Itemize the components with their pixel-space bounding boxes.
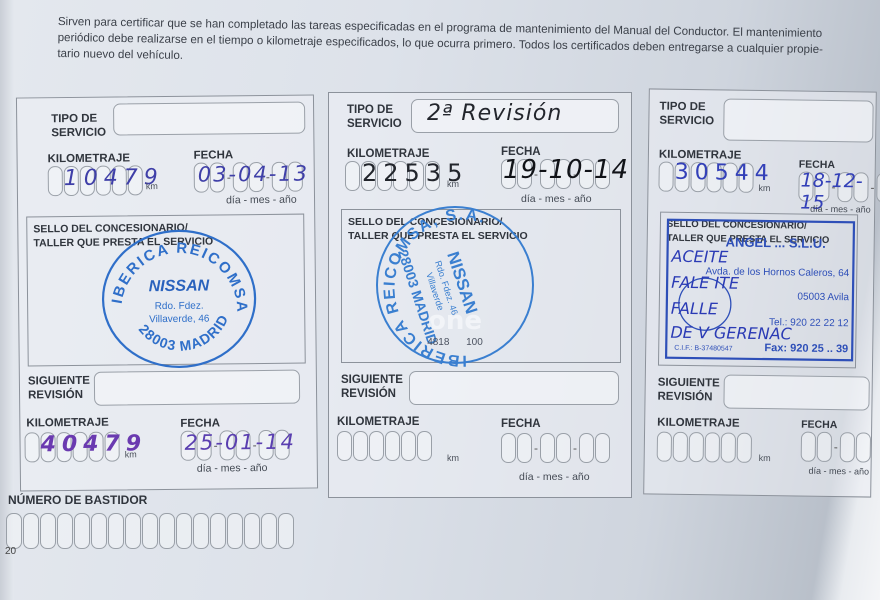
next-fecha-field[interactable]: - xyxy=(801,432,871,463)
siguiente-revision-label: SIGUIENTE REVISIÓN xyxy=(28,374,90,403)
next-kilometraje-field[interactable] xyxy=(657,432,752,463)
bastidor-digit-box[interactable] xyxy=(278,513,294,549)
date-format-label: día - mes - año xyxy=(808,466,869,477)
km-unit: km xyxy=(447,179,459,189)
date-format-label: día - mes - año xyxy=(197,462,268,475)
bastidor-digit-box[interactable] xyxy=(159,513,175,549)
bastidor-digit-box[interactable] xyxy=(57,513,73,549)
bastidor-digit-box[interactable] xyxy=(74,513,90,549)
next-kilometraje-label: KILOMETRAJE xyxy=(26,416,109,431)
date-format-label: día - mes - año xyxy=(521,193,592,205)
watermark: one xyxy=(428,306,482,336)
fecha-label: FECHA xyxy=(193,148,233,162)
bastidor-digit-box[interactable] xyxy=(125,513,141,549)
intro-text: Sirven para certificar que se han comple… xyxy=(57,14,878,75)
bastidor-digit-box[interactable] xyxy=(23,513,39,549)
tipo-servicio-label: TIPO DE SERVICIO xyxy=(51,112,106,141)
date-format-label: día - mes - año xyxy=(519,471,590,483)
dealer-stamp-nissan: IBERICA REICOMSA, S.A. NISSAN Rdo. Fdez.… xyxy=(375,205,535,365)
next-fecha-label: FECHA xyxy=(180,416,220,430)
siguiente-revision-field[interactable] xyxy=(723,375,869,411)
svg-text:Rdo. Fdez.: Rdo. Fdez. xyxy=(155,301,204,313)
fecha-value: 03-04-13 xyxy=(198,162,310,187)
svg-text:FALLE: FALLE xyxy=(671,299,719,319)
bastidor-label: NÚMERO DE BASTIDOR xyxy=(8,493,147,507)
page-edge-shadow xyxy=(0,0,14,600)
tipo-servicio-field[interactable] xyxy=(113,102,305,136)
km-unit: km xyxy=(758,183,770,193)
km-unit: km xyxy=(759,453,771,463)
bastidor-digit-box[interactable] xyxy=(6,513,22,549)
svg-text:NISSAN: NISSAN xyxy=(149,278,210,296)
svg-text:C.I.F.: B-37480547: C.I.F.: B-37480547 xyxy=(674,345,733,353)
km-unit: km xyxy=(146,181,158,191)
next-fecha-field[interactable]: -- xyxy=(501,433,610,463)
dealer-stamp-workshop: ANGEL ... S.L.U. Avda. de los Hornos Cal… xyxy=(664,218,858,363)
service-card-1: TIPO DE SERVICIO KILOMETRAJE 10479 km FE… xyxy=(16,94,318,491)
kilometraje-label: KILOMETRAJE xyxy=(48,151,131,166)
km-unit: km xyxy=(125,449,137,459)
next-kilometraje-label: KILOMETRAJE xyxy=(337,415,419,429)
bastidor-digit-box[interactable] xyxy=(176,513,192,549)
next-kilometraje-field[interactable] xyxy=(337,431,432,461)
tipo-servicio-field[interactable] xyxy=(723,98,874,142)
bastidor-field[interactable] xyxy=(6,513,294,549)
km-unit: km xyxy=(447,453,459,463)
bastidor-digit-box[interactable] xyxy=(193,513,209,549)
fecha-value: 19-10-14 xyxy=(503,155,629,185)
next-fecha-label: FECHA xyxy=(801,418,837,433)
bastidor-digit-box[interactable] xyxy=(91,513,107,549)
svg-text:Villaverde, 46: Villaverde, 46 xyxy=(149,314,210,326)
svg-text:DE V GERENAC: DE V GERENAC xyxy=(670,323,792,344)
bastidor-digit-box[interactable] xyxy=(261,513,277,549)
svg-text:4818 100: 4818 100 xyxy=(427,337,483,348)
tipo-servicio-value: 2ª Revisión xyxy=(427,101,562,126)
service-card-3: TIPO DE SERVICIO KILOMETRAJE 30544 km FE… xyxy=(643,88,877,497)
siguiente-revision-label: SIGUIENTE REVISIÓN xyxy=(657,376,719,405)
tipo-servicio-label: TIPO DE SERVICIO xyxy=(659,100,714,129)
svg-text:ANGEL ... S.L.U.: ANGEL ... S.L.U. xyxy=(726,235,826,251)
next-fecha-label: FECHA xyxy=(501,417,541,431)
date-format-label: día - mes - año xyxy=(226,194,297,207)
svg-text:FALE ITE: FALE ITE xyxy=(671,273,740,293)
service-card-2: TIPO DE SERVICIO 2ª Revisión KILOMETRAJE… xyxy=(328,92,632,498)
svg-text:Fax: 920 25 .. 39: Fax: 920 25 .. 39 xyxy=(764,342,848,355)
bastidor-digit-box[interactable] xyxy=(244,513,260,549)
svg-text:05003 Avila: 05003 Avila xyxy=(797,292,849,304)
siguiente-revision-field[interactable] xyxy=(94,370,300,406)
bastidor-digit-box[interactable] xyxy=(227,513,243,549)
page-number: 20 xyxy=(5,546,16,557)
tipo-servicio-label: TIPO DE SERVICIO xyxy=(347,103,402,131)
svg-text:ACEITE: ACEITE xyxy=(670,247,729,267)
siguiente-revision-label: SIGUIENTE REVISIÓN xyxy=(341,373,403,401)
siguiente-revision-field[interactable] xyxy=(409,371,619,405)
dealer-stamp-nissan: IBERICA REICOMSA, S.A. 28003 MADRID NISS… xyxy=(98,220,260,370)
bastidor-digit-box[interactable] xyxy=(40,513,56,549)
bastidor-digit-box[interactable] xyxy=(108,513,124,549)
next-fecha-value: 25-01-14 xyxy=(184,430,296,455)
bastidor-digit-box[interactable] xyxy=(142,513,158,549)
bastidor-digit-box[interactable] xyxy=(210,513,226,549)
next-kilometraje-label: KILOMETRAJE xyxy=(657,416,740,431)
